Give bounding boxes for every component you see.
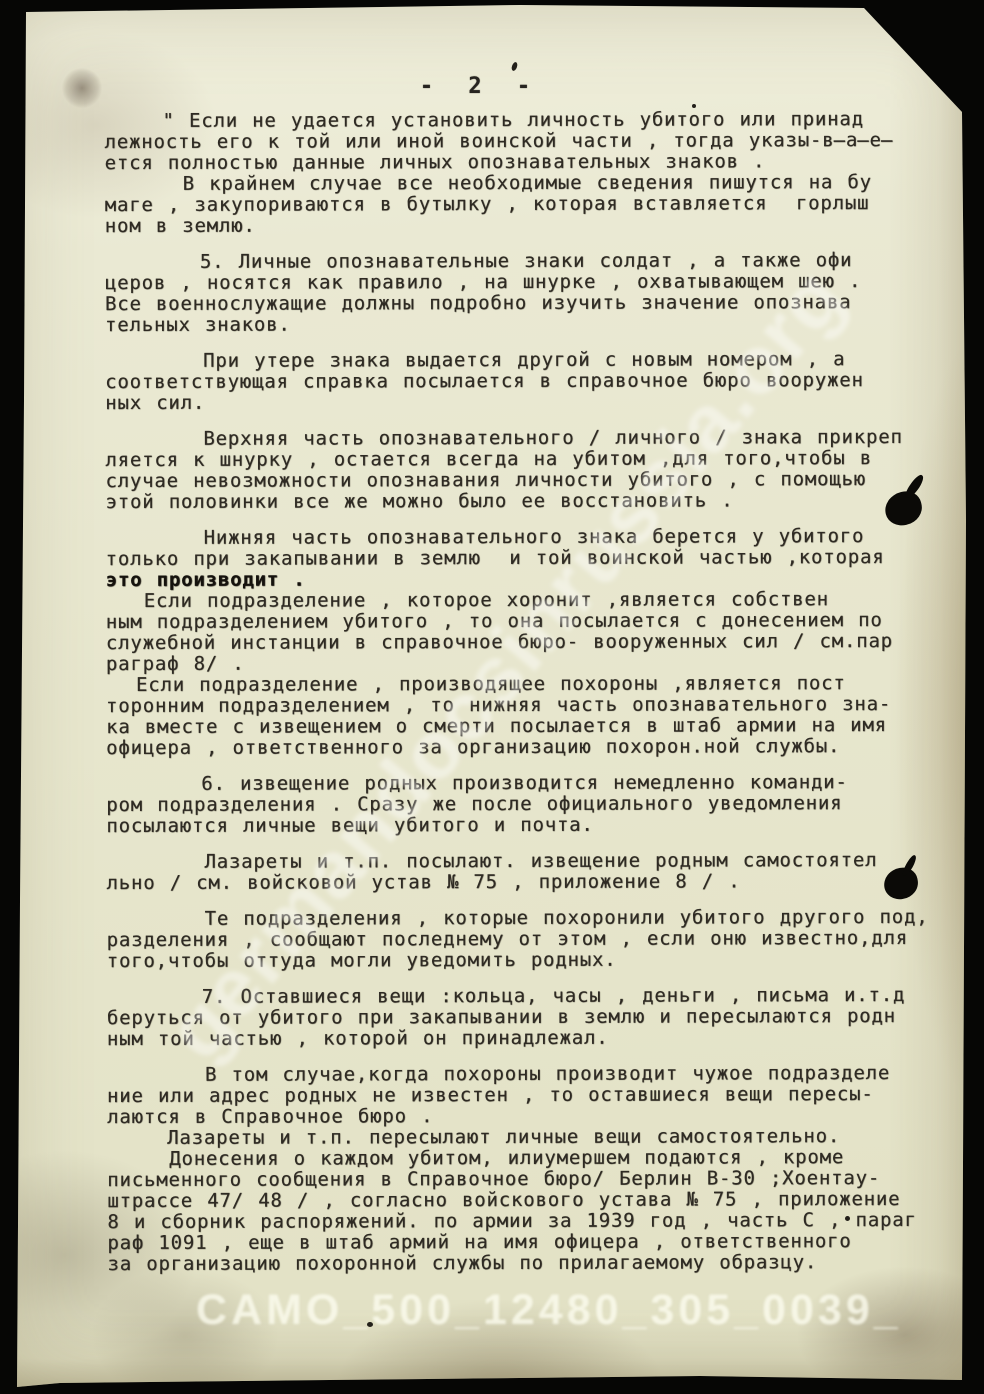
ink-blot-body: [882, 488, 926, 529]
paragraph: 7. Оставшиеся вещи :кольца, часы , деньг…: [107, 985, 921, 1050]
document-text: " Если не удается установить личность уб…: [104, 109, 921, 1290]
text-line: этой половинки все же можно было ее восс…: [105, 490, 919, 513]
text-line: случае невозможности опознавания личност…: [105, 469, 919, 492]
text-line: ном в землю.: [105, 214, 919, 237]
paragraph: При утере знака выдается другой с новым …: [105, 349, 919, 414]
text-line: тельных знаков.: [105, 313, 919, 336]
text-line: офицера , ответственного за организацию …: [106, 736, 920, 759]
text-line: ром подразделения . Сразу же после офици…: [106, 793, 920, 816]
paragraph: Нижняя часть опознавательного знака бере…: [106, 526, 921, 759]
text-line: разделения , сообщают последнему от этом…: [107, 928, 921, 951]
text-line: ние или адрес родных не известен , то ос…: [107, 1084, 921, 1107]
paragraph: Верхняя часть опознавательного / личного…: [105, 427, 919, 513]
ink-blot-upper: [885, 492, 922, 525]
text-line: льно / см. войсковой устав № 75 , прилож…: [106, 871, 920, 894]
text-line: посылаются личные вещи убитого и почта.: [106, 814, 920, 837]
ink-speck: [692, 104, 696, 108]
ink-speck: [845, 1216, 850, 1221]
ink-speck: [367, 1322, 373, 1327]
text-line: соответствующая справка посылается в спр…: [105, 370, 919, 393]
text-line: служебной инстанции в справочное бюро- в…: [106, 631, 920, 654]
text-line: за организацию похоронной службы по прил…: [107, 1252, 921, 1275]
text-line: ных сил.: [105, 391, 919, 414]
ink-blot-lower: [884, 868, 918, 899]
paragraph: 5. Личные опознавательные знаки солдат ,…: [105, 250, 919, 336]
text-line: Лазареты и т.п. посылают. извещение родн…: [106, 850, 920, 873]
text-line: того,чтобы оттуда могли уведомить родных…: [107, 949, 921, 972]
ink-blot-body: [882, 865, 921, 901]
text-line: маге , закупориваются в бутылку , котора…: [105, 193, 919, 216]
text-line: Все военнослужащие должны подробно изучи…: [105, 292, 919, 315]
text-line: лежность его к той или иной воинской час…: [105, 130, 919, 153]
page-number: - 2 -: [390, 74, 560, 99]
document-page: - 2 - " Если не удается установить лично…: [0, 0, 984, 1394]
scanned-document: - 2 - " Если не удается установить лично…: [0, 0, 984, 1394]
text-line: беруться от убитого при закапывании в зе…: [107, 1006, 921, 1029]
paragraph: 6. извещение родных производится немедле…: [106, 772, 920, 837]
text-line: только при закапывании в землю и той вои…: [106, 547, 920, 570]
ink-speck: [511, 61, 519, 71]
archive-code-watermark: CAMO_500_12480_305_0039_: [196, 1286, 902, 1335]
paragraph: Лазареты и т.п. посылают. извещение родн…: [106, 850, 920, 894]
text-line: ным той частью , которой он принадлежал.: [107, 1027, 921, 1050]
paragraph: Те подразделения , которые похоронили уб…: [107, 907, 921, 972]
paragraph: " Если не удается установить личность уб…: [104, 109, 918, 237]
paragraph: В том случае,когда похороны производит ч…: [107, 1063, 922, 1275]
